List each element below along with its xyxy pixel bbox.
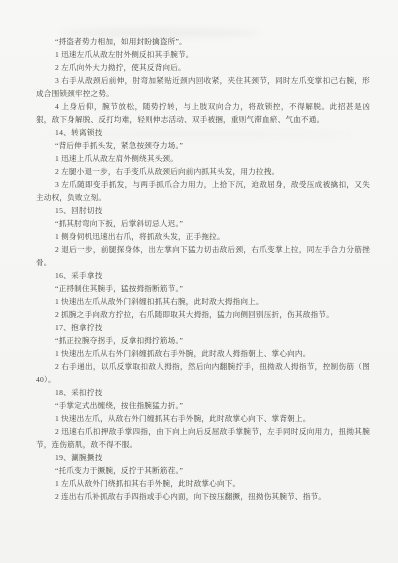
verse-quote: “背后伸手抓头发，紧急按颈夺力场。” [36,139,370,152]
section-heading: 16、采手拿技 [36,269,370,282]
page-text: “捋盗者势力相加，如用封盼擒盗所”。1 迅速左爪从敌左肘外侧反扣其手腕节。2 左… [36,35,370,503]
section-heading: 19、涮腕撅技 [36,451,370,464]
step-paragraph: 1 侧身伺机迅速出右爪，将抓敌头发，正手拖拉。 [36,230,370,243]
step-paragraph: 1 快速出左爪，从敌右外门缠抓其右手外腕，此时敌掌心向下、掌背朝上。 [36,412,370,425]
verse-quote: “捋盗者势力相加，如用封盼擒盗所”。 [36,35,370,48]
step-paragraph: 2 左爪向外大力拗拧，使其反背向后。 [36,61,370,74]
section-heading: 14、转离锁技 [36,126,370,139]
step-paragraph: 4 上身后仰，腕节放松，随势拧转，与上肢双向合力，将敌锁控，不得解脱。此招甚是凶… [36,100,370,126]
step-paragraph: 2 迅速右爪扣押敌手掌四指，由下向上向后反屈敌手掌腕节，左手同时反向用力，扭拗其… [36,425,370,451]
verse-quote: “手掌定式出缠绕，按住指腕猛力折。” [36,399,370,412]
scanned-page: “捋盗者势力相加，如用封盼擒盗所”。1 迅速左爪从敌左肘外侧反扣其手腕节。2 左… [0,0,398,563]
verse-quote: “抓正拉腕夺拐手，反拿扣拇拧筋场。” [36,334,370,347]
step-paragraph: 1 快速出左爪从敌外门斜缠扣抓其右腕，此时敌大拇指向上。 [36,295,370,308]
step-paragraph: 1 左爪从敌外门绕抓扣其右手外腕，此时敌掌心向下。 [36,477,370,490]
section-heading: 15、回肘切技 [36,204,370,217]
step-paragraph: 2 右手递出，以爪反掌取扣敌人拇指，然后向内翻腕拧手，扭拗敌人拇指节，控制伤筋（… [36,360,370,386]
verse-quote: “抓其肘弯向下扳，后掌斜切忌人迟。” [36,217,370,230]
verse-quote: “正捋制住其腕手，猛按拇指断筋节。” [36,282,370,295]
section-heading: 18、采扣拧技 [36,386,370,399]
step-paragraph: 3 右手从敌颈后前伸，肘弯加紧贴近颈内回收紧，夹住其颈节，同时左爪变掌扣己右腕，… [36,74,370,100]
step-paragraph: 3 左爪随即变手抓发，与两手抓爪合力用力，上拾下沉，迫敌屈身，敌受压成被擒扣，又… [36,178,370,204]
step-paragraph: 2 左腿小退一步，右手变爪从敌颈后向前内抓其头发，用力拉拽。 [36,165,370,178]
section-heading: 17、抱拿拧技 [36,321,370,334]
step-paragraph: 2 退后一步，前腿探身体，出左掌向下猛力切击敌后颈，右爪变掌上拉，同左手合力分筋… [36,243,370,269]
step-paragraph: 2 抓腕之手向敌方拧拉，右爪随即取其大拇指，猛力向侧回别压折，伤其敌指节。 [36,308,370,321]
step-paragraph: 2 连出右爪补抓敌右手四指或手心内面，向下按压翻撅，扭拗伤其腕节、指节。 [36,490,370,503]
verse-quote: “托爪变力于撅腕，反拧于其断筋茬。” [36,464,370,477]
step-paragraph: 1 迅速上爪从敌左肩外侧绕其头颈。 [36,152,370,165]
step-paragraph: 1 快速出左爪从右外门斜缠抓敌右手外腕，此时敌人拇指朝上、掌心向内。 [36,347,370,360]
step-paragraph: 1 迅速左爪从敌左肘外侧反扣其手腕节。 [36,48,370,61]
